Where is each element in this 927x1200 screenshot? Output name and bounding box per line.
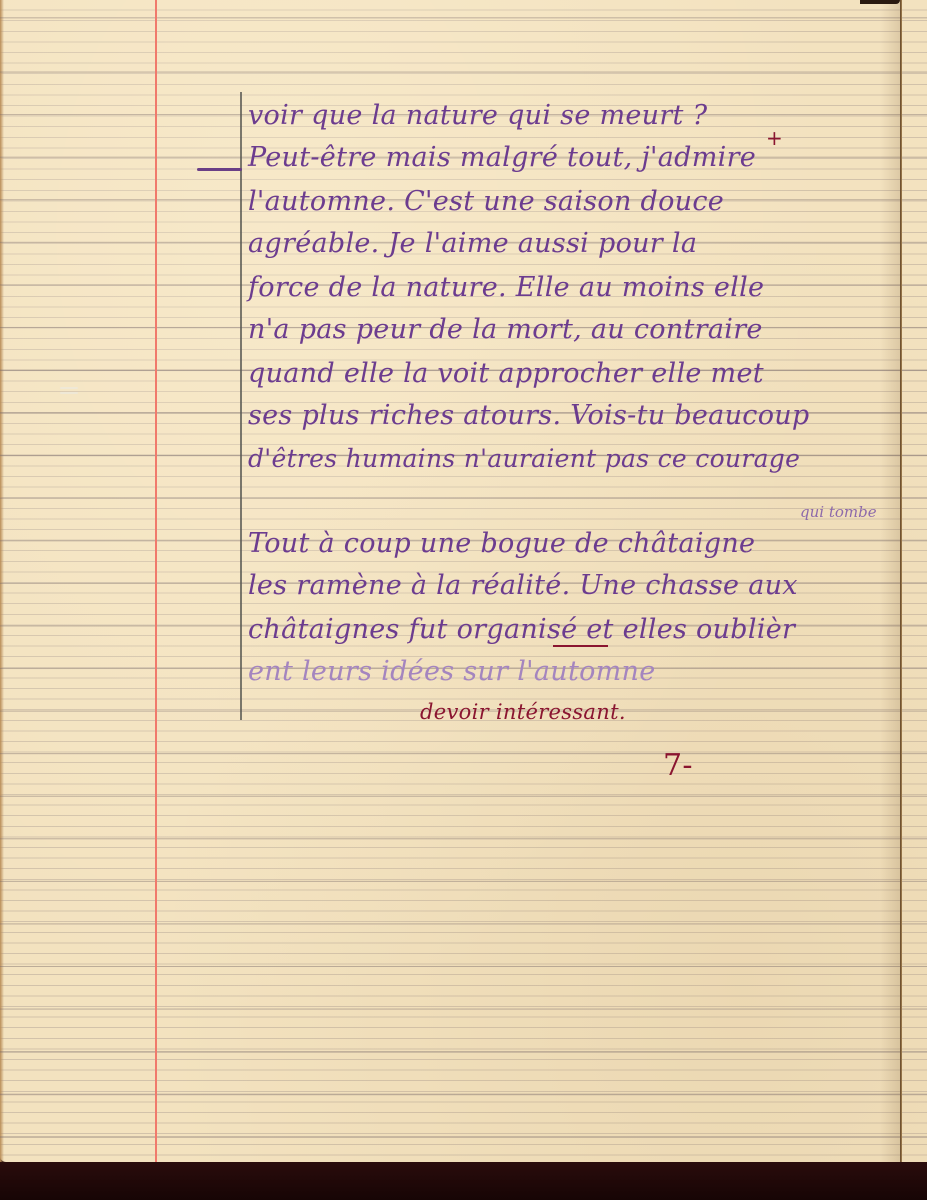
teacher-underline (553, 645, 608, 647)
inserted-words: qui tombe (800, 503, 877, 521)
pencil-vertical-line (240, 92, 242, 720)
notebook-page: voir que la nature qui se meurt ? + Peut… (0, 0, 927, 1162)
grade: 7- (663, 748, 693, 783)
text-line-6: n'a pas peur de la mort, au contraire (248, 314, 763, 345)
text-line-10: Tout à coup une bogue de châtaigne (248, 528, 755, 559)
dialogue-dash-mark (197, 168, 242, 171)
text-line-9: d'êtres humains n'auraient pas ce courag… (248, 444, 800, 473)
text-line-11: les ramène à la réalité. Une chasse aux (248, 570, 798, 601)
red-margin-line (155, 0, 157, 1162)
text-line-3: l'automne. C'est une saison douce (248, 186, 724, 217)
text-line-1: voir que la nature qui se meurt ? (248, 100, 707, 131)
text-line-8: ses plus riches atours. Vois-tu beaucoup (248, 400, 810, 431)
text-line-2: Peut-être mais malgré tout, j'admire (248, 142, 756, 173)
text-line-4: agréable. Je l'aime aussi pour la (248, 228, 697, 259)
fold-shadow (880, 0, 900, 1162)
background-surface (0, 1162, 927, 1200)
correction-mark: + (766, 126, 783, 150)
equal-mark (60, 387, 78, 396)
text-line-5: force de la nature. Elle au moins elle (248, 272, 764, 303)
top-edge-shadow (860, 0, 900, 4)
teacher-comment: devoir intéressant. (420, 700, 626, 724)
text-line-7: quand elle la voit approcher elle met (248, 358, 764, 389)
text-line-13: ent leurs idées sur l'automne (248, 656, 656, 687)
text-line-12: châtaignes fut organisé et elles oublièr (248, 614, 795, 645)
page-fold-line (900, 0, 902, 1162)
